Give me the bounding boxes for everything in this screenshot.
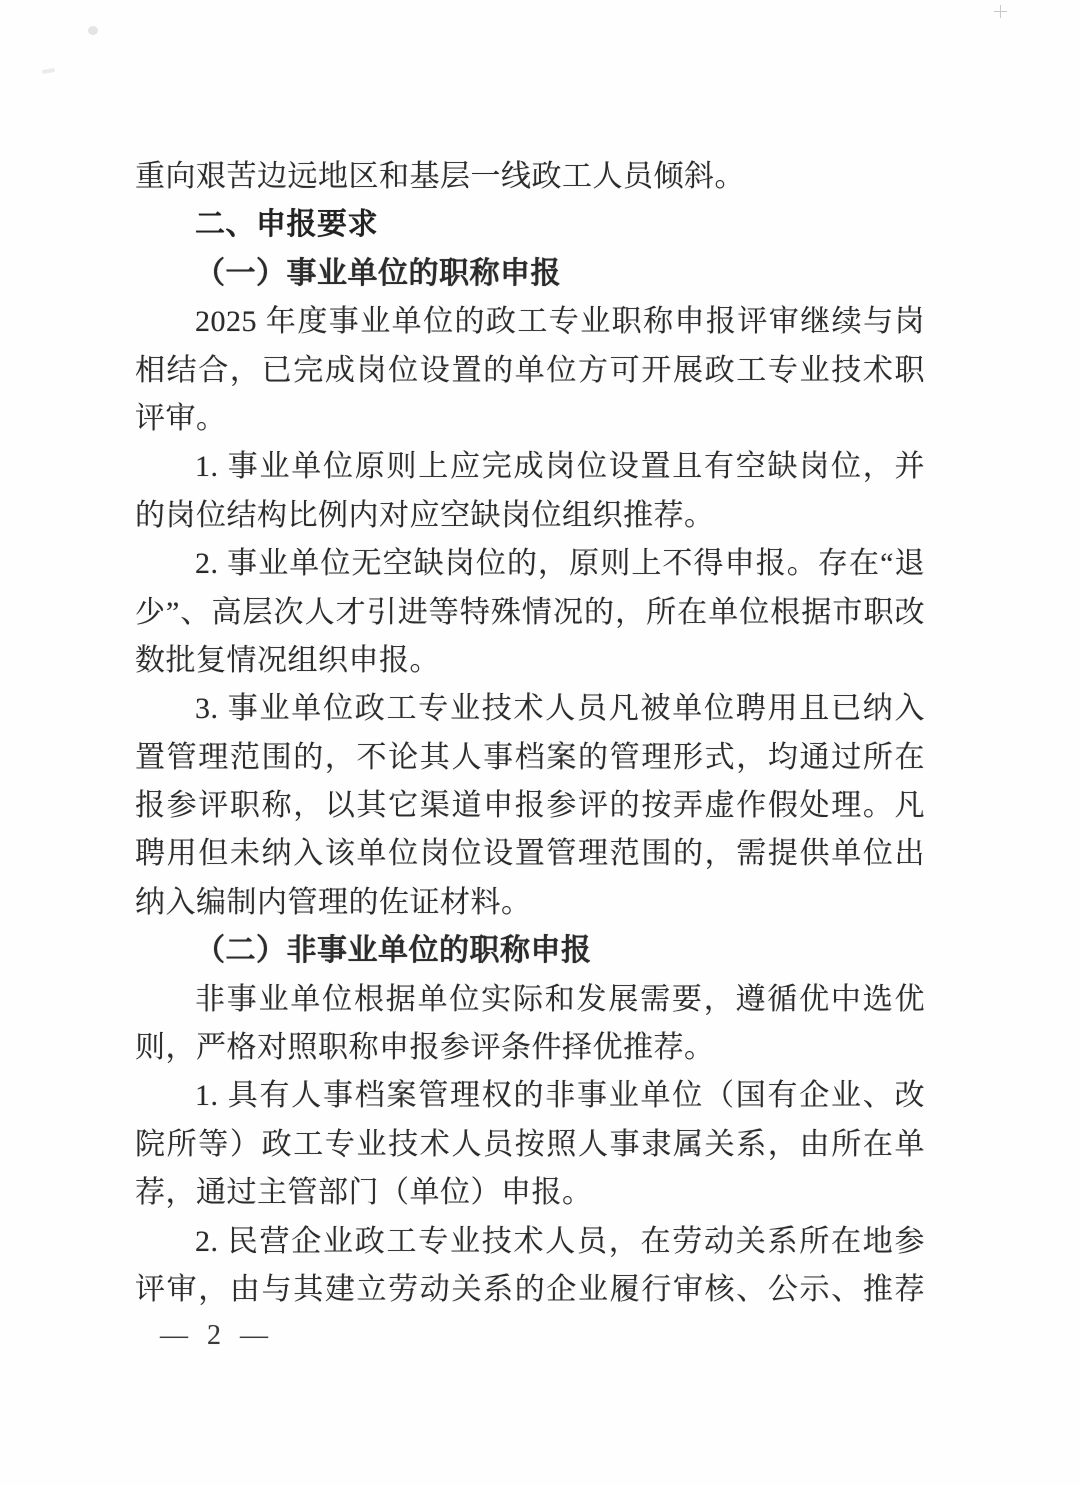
text-line: 数批复情况组织申报。 <box>135 637 925 685</box>
subsection-heading: （一）事业单位的职称申报 <box>135 250 925 298</box>
text-line: 3. 事业单位政工专业技术人员凡被单位聘用且已纳入岗位设 <box>135 685 925 733</box>
text-line: 评审。 <box>135 395 925 443</box>
text-line: 聘用但未纳入该单位岗位设置管理范围的，需提供单位出具的未 <box>135 830 925 878</box>
subsection-heading: （二）非事业单位的职称申报 <box>135 927 925 975</box>
scan-speck <box>88 26 98 35</box>
text-line: 2025 年度事业单位的政工专业职称申报评审继续与岗位设置 <box>135 298 925 346</box>
text-line: 报参评职称，以其它渠道申报参评的按弄虚作假处理。凡被单位 <box>135 782 925 830</box>
text-line: 相结合，已完成岗位设置的单位方可开展政工专业技术职称申报 <box>135 347 925 395</box>
text-line: 评审，由与其建立劳动关系的企业履行审核、公示、推荐职责， <box>135 1266 925 1314</box>
section-heading: 二、申报要求 <box>135 201 925 249</box>
text-line: 置管理范围的，不论其人事档案的管理形式，均通过所在单位申 <box>135 734 925 782</box>
text-line: 2. 民营企业政工专业技术人员，在劳动关系所在地参加职称 <box>135 1218 925 1266</box>
text-line: 则，严格对照职称申报参评条件择优推荐。 <box>135 1024 925 1072</box>
text-line: 重向艰苦边远地区和基层一线政工人员倾斜。 <box>135 153 925 201</box>
page-number: — 2 — <box>160 1320 274 1352</box>
text-line: 非事业单位根据单位实际和发展需要，遵循优中选优的原 <box>135 976 925 1024</box>
text-line: 1. 具有人事档案管理权的非事业单位（国有企业、改制科研 <box>135 1072 925 1120</box>
text-line: 少”、高层次人才引进等特殊情况的，所在单位根据市职改办职 <box>135 589 925 637</box>
text-line: 的岗位结构比例内对应空缺岗位组织推荐。 <box>135 492 925 540</box>
text-line: 纳入编制内管理的佐证材料。 <box>135 879 925 927</box>
scan-speck <box>42 68 55 74</box>
text-line: 荐，通过主管部门（单位）申报。 <box>135 1169 925 1217</box>
document-body: 重向艰苦边远地区和基层一线政工人员倾斜。 二、申报要求 （一）事业单位的职称申报… <box>135 153 925 1314</box>
text-line: 2. 事业单位无空缺岗位的，原则上不得申报。存在“退多补 <box>135 540 925 588</box>
text-line: 1. 事业单位原则上应完成岗位设置且有空缺岗位，并在核定 <box>135 443 925 491</box>
crop-mark-icon <box>994 5 1007 18</box>
text-line: 院所等）政工专业技术人员按照人事隶属关系，由所在单位推 <box>135 1121 925 1169</box>
scanned-document-page: 重向艰苦边远地区和基层一线政工人员倾斜。 二、申报要求 （一）事业单位的职称申报… <box>0 0 1080 1486</box>
